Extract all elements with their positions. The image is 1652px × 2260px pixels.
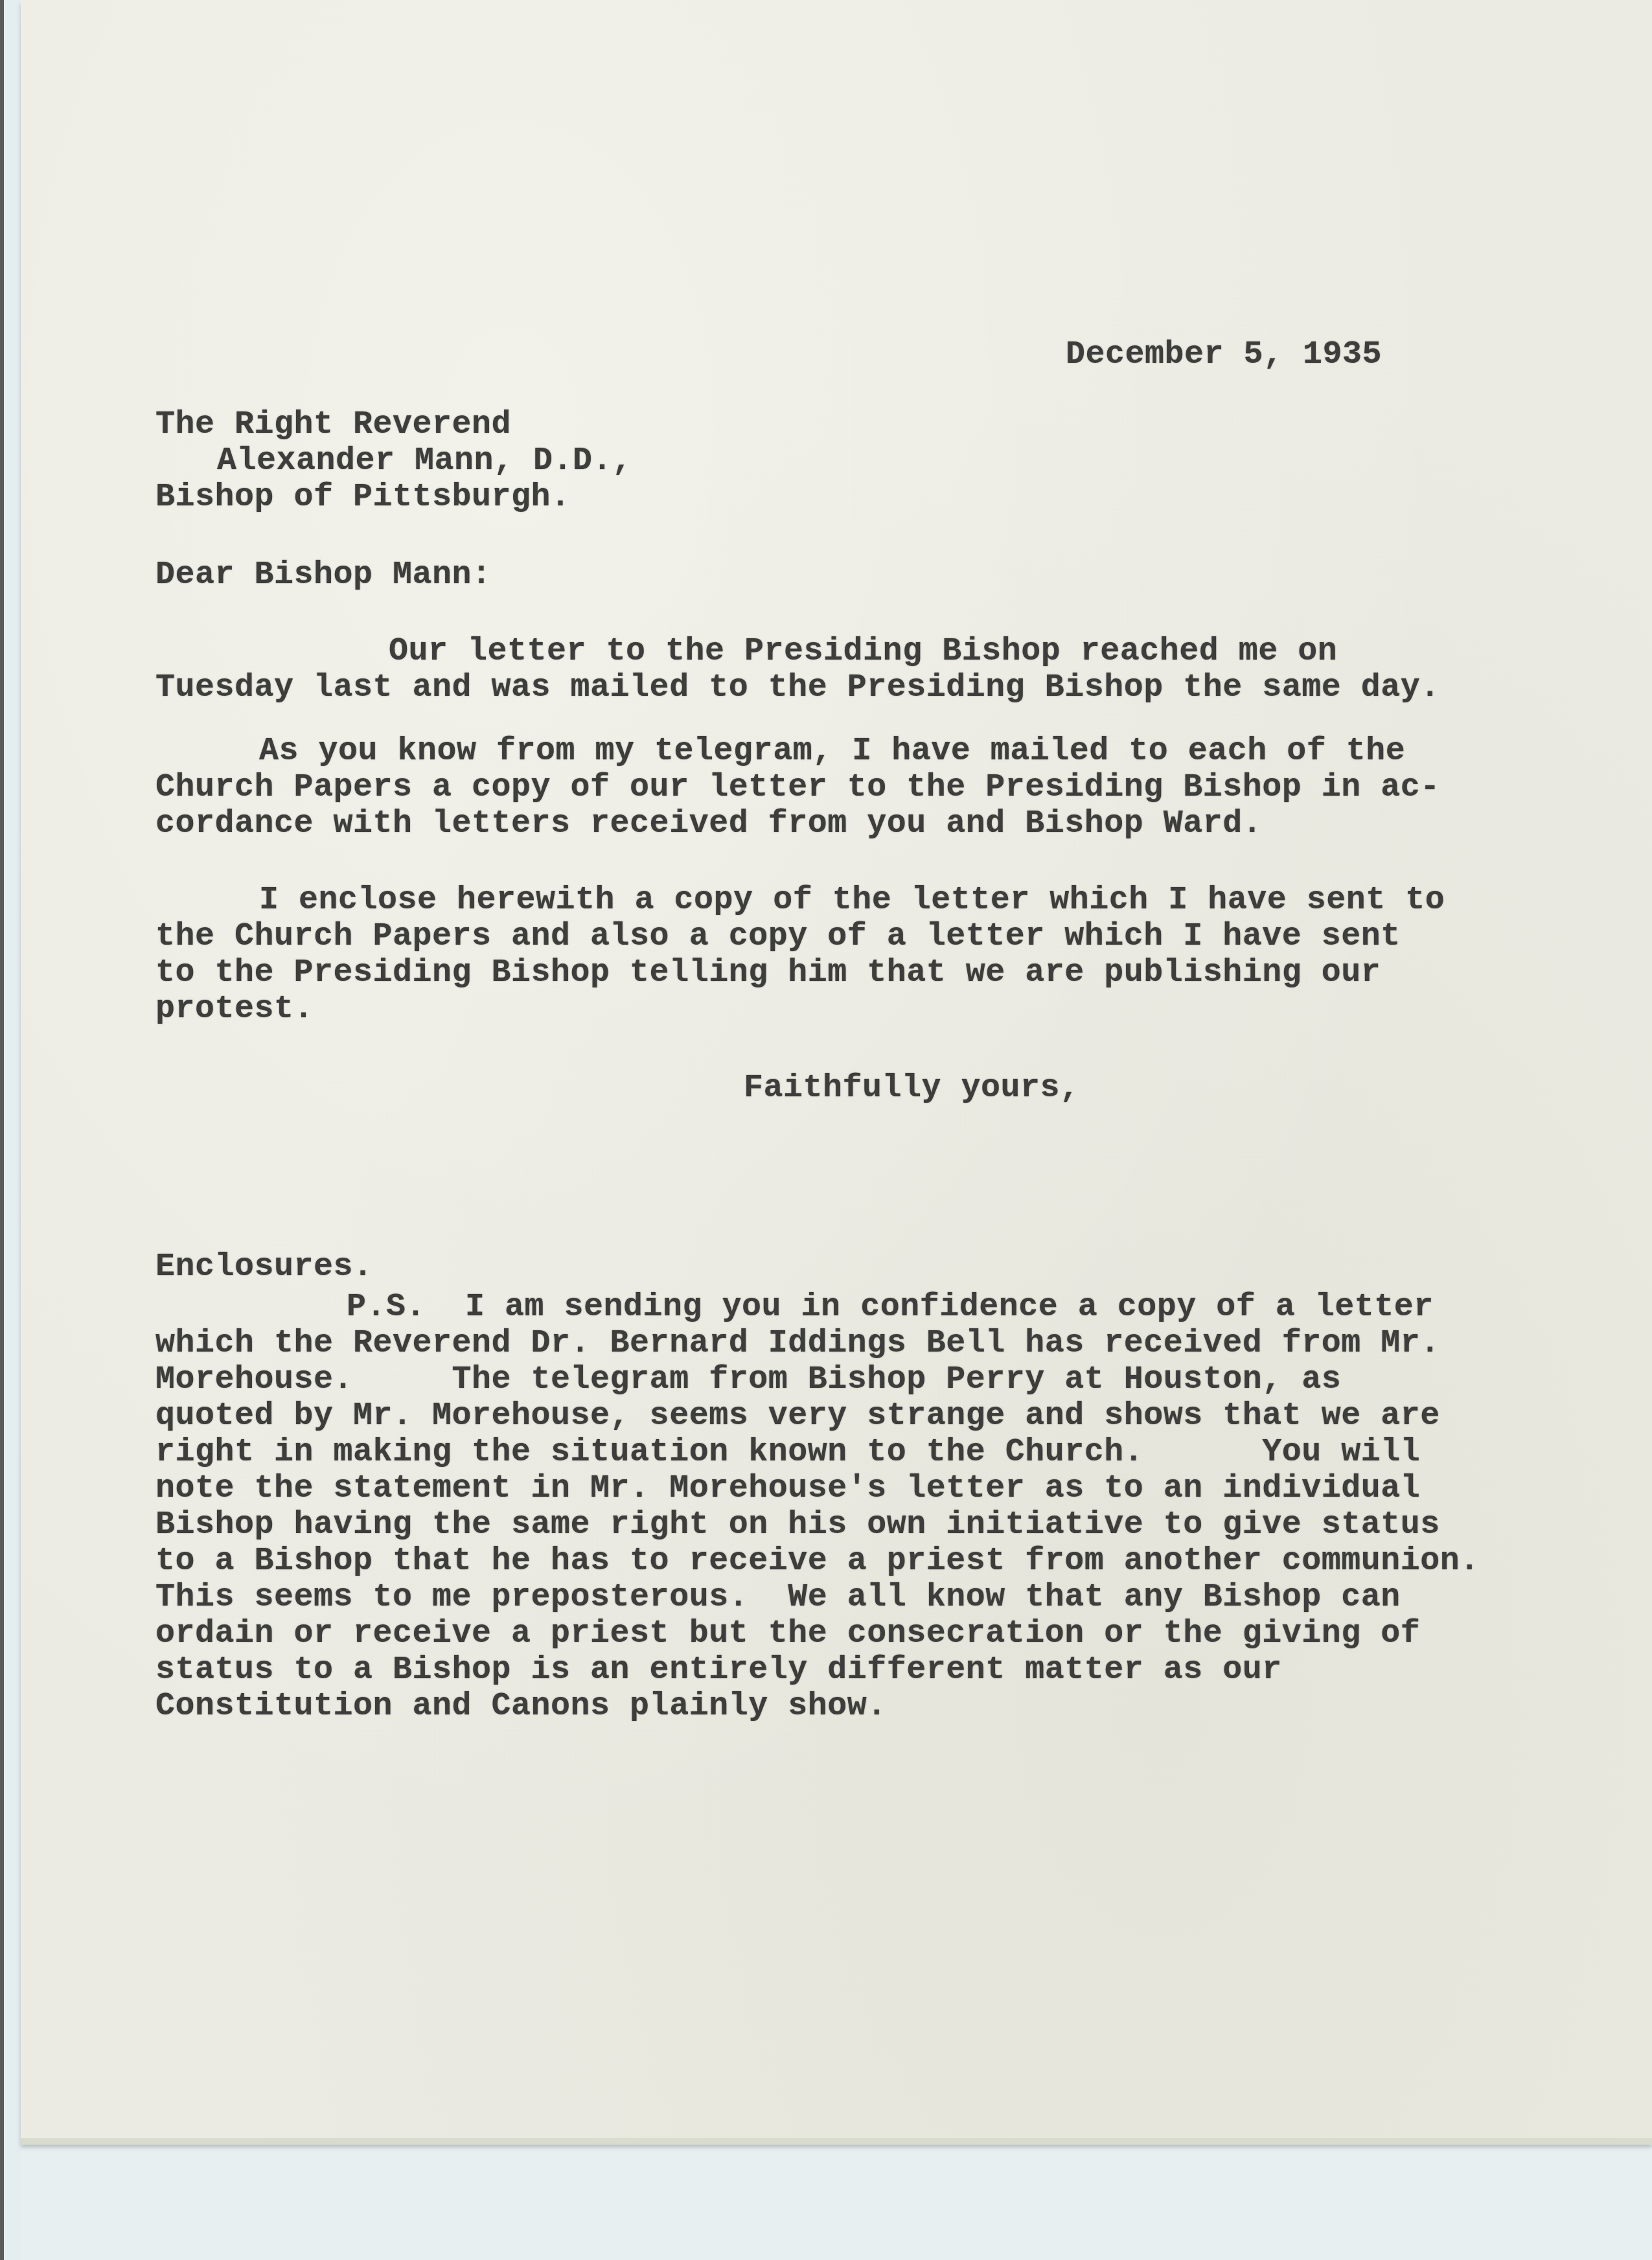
paragraph-line: the Church Papers and also a copy of a l… xyxy=(155,919,1401,955)
postscript-line: which the Reverend Dr. Bernard Iddings B… xyxy=(155,1326,1440,1362)
paragraph-line: As you know from my telegram, I have mai… xyxy=(259,733,1405,770)
postscript-line: to a Bishop that he has to receive a pri… xyxy=(155,1543,1480,1580)
postscript-line: This seems to me preposterous. We all kn… xyxy=(155,1580,1401,1616)
postscript-line: right in making the situation known to t… xyxy=(155,1435,1420,1471)
paragraph-line: to the Presiding Bishop telling him that… xyxy=(155,955,1381,991)
recipient-position: Bishop of Pittsburgh. xyxy=(155,479,571,516)
postscript-line: note the statement in Mr. Morehouse's le… xyxy=(155,1471,1420,1507)
letter-date: December 5, 1935 xyxy=(1066,337,1382,373)
recipient-title: The Right Reverend xyxy=(155,407,511,443)
postscript-line: quoted by Mr. Morehouse, seems very stra… xyxy=(155,1398,1440,1435)
paragraph-line: protest. xyxy=(155,991,314,1028)
salutation: Dear Bishop Mann: xyxy=(155,557,492,594)
postscript-line: status to a Bishop is an entirely differ… xyxy=(155,1652,1282,1689)
enclosures-note: Enclosures. xyxy=(155,1249,373,1286)
postscript-line: Bishop having the same right on his own … xyxy=(155,1507,1440,1543)
scanner-bed-margin xyxy=(4,0,21,2260)
paragraph-line: I enclose herewith a copy of the letter … xyxy=(259,882,1445,919)
paragraph-line: cordance with letters received from you … xyxy=(155,806,1262,842)
paragraph-line: Our letter to the Presiding Bishop reach… xyxy=(389,634,1337,670)
paragraph-line: Church Papers a copy of our letter to th… xyxy=(155,770,1440,806)
recipient-name: Alexander Mann, D.D., xyxy=(217,443,632,479)
postscript-line: ordain or receive a priest but the conse… xyxy=(155,1616,1420,1652)
complimentary-close: Faithfully yours, xyxy=(744,1070,1080,1107)
paragraph-line: Tuesday last and was mailed to the Presi… xyxy=(155,670,1440,706)
postscript-line: P.S. I am sending you in confidence a co… xyxy=(347,1289,1434,1326)
postscript-line: Constitution and Canons plainly show. xyxy=(155,1689,887,1725)
postscript-line: Morehouse. The telegram from Bishop Perr… xyxy=(155,1362,1341,1398)
paper-bottom-edge xyxy=(21,2138,1652,2145)
